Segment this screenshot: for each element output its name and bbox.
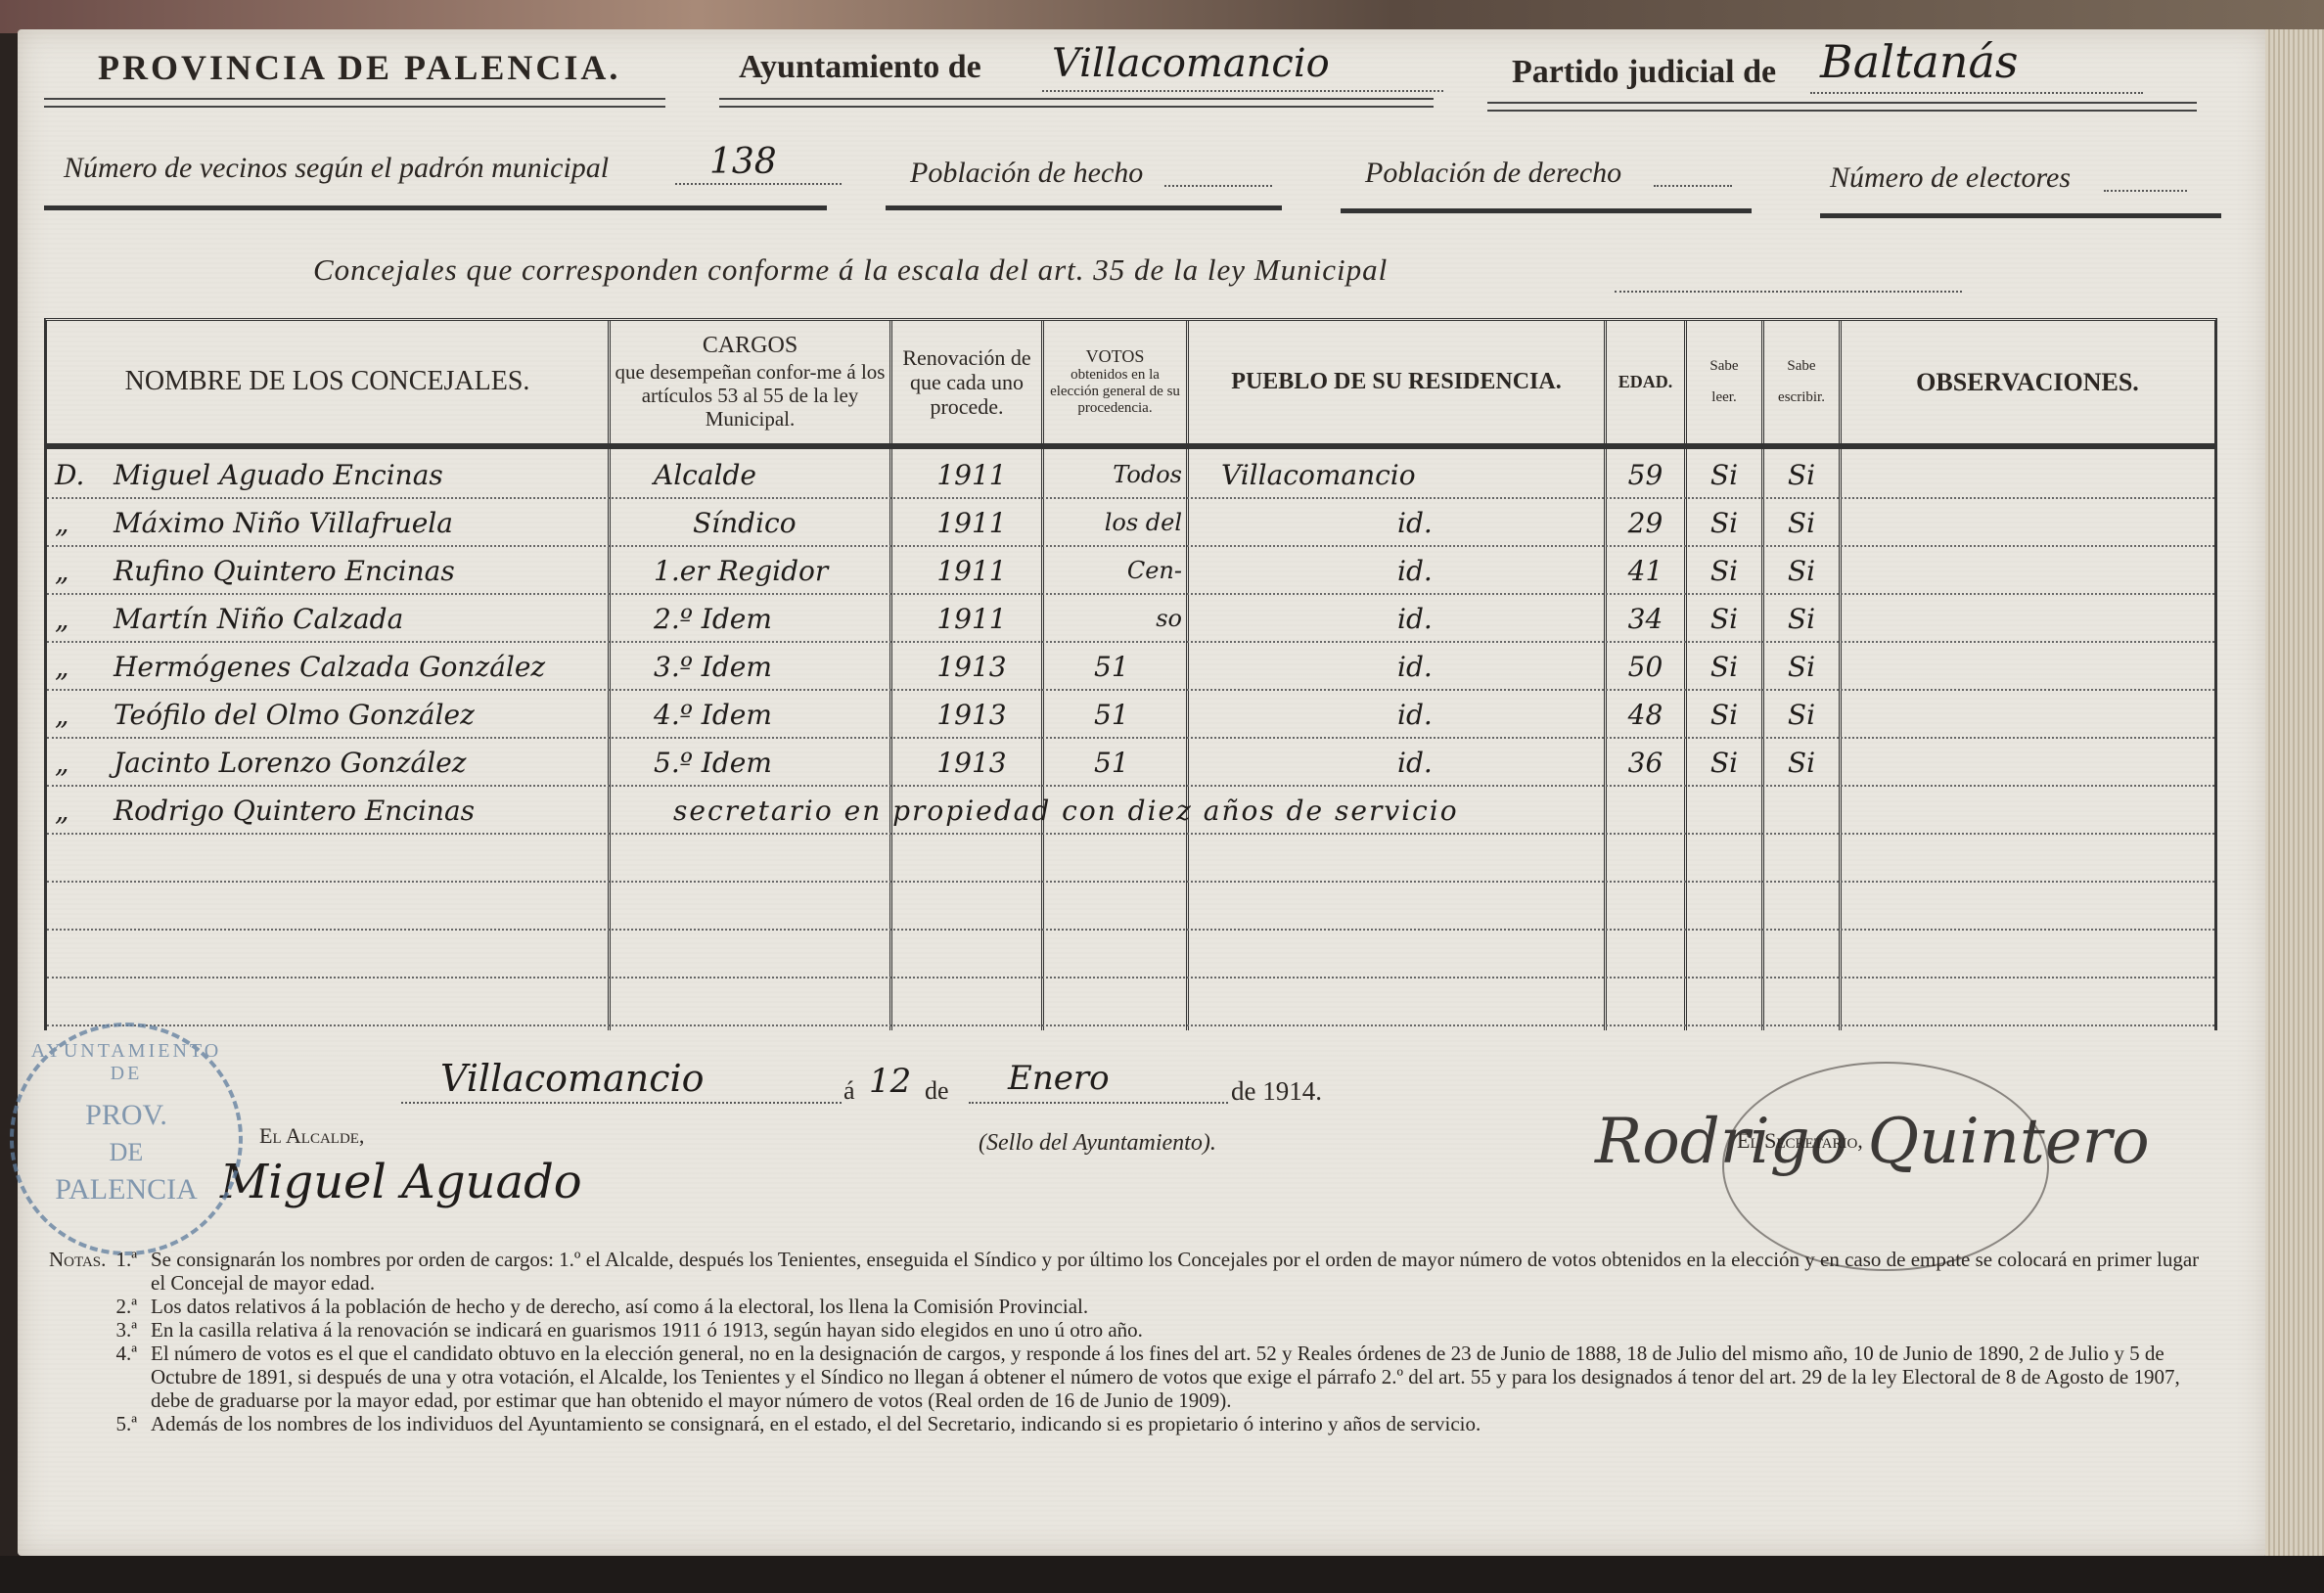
electores-field[interactable]	[2104, 166, 2187, 192]
cell-pueblo[interactable]: id.	[1397, 547, 1593, 594]
month-field[interactable]: Enero	[969, 1059, 1228, 1104]
cell-cargo[interactable]: 5.º Idem	[654, 739, 889, 786]
row-prefix: „	[55, 651, 94, 683]
cell-cargo[interactable]: Alcalde	[654, 451, 889, 498]
cell-leer[interactable]: Si	[1687, 547, 1761, 594]
book-background-top	[0, 0, 2324, 33]
cell-cargo-secretario[interactable]: secretario en propiedad con diez años de…	[673, 787, 1701, 834]
cell-nombre: Miguel Aguado Encinas	[94, 459, 443, 491]
cell-edad[interactable]: 36	[1607, 739, 1684, 786]
divider	[44, 205, 827, 210]
header-pueblo: PUEBLO DE SU RESIDENCIA.	[1189, 321, 1604, 443]
note-item: 5.ªAdemás de los nombres de los individu…	[49, 1412, 2202, 1435]
cell-edad[interactable]: 41	[1607, 547, 1684, 594]
cell-escribir[interactable]: Si	[1764, 451, 1839, 498]
day-field[interactable]: 12	[869, 1062, 911, 1101]
header-divider	[47, 443, 2214, 449]
table-row[interactable]: „ Hermógenes Calzada González	[55, 643, 603, 690]
header-escribir-desc: escribir.	[1778, 389, 1825, 406]
divider	[44, 98, 665, 108]
hecho-label: Población de hecho	[910, 157, 1143, 190]
cell-edad[interactable]: 48	[1607, 691, 1684, 738]
row-prefix: „	[55, 507, 94, 539]
header-votos: VOTOS obtenidos en la elección general d…	[1044, 321, 1186, 443]
vecinos-field[interactable]: 138	[675, 142, 842, 185]
partido-field[interactable]: Baltanás	[1810, 35, 2143, 94]
note-item: 4.ªEl número de votos es el que el candi…	[49, 1342, 2202, 1412]
header-votos-desc: obtenidos en la elección general de su p…	[1048, 367, 1182, 418]
divider	[886, 205, 1282, 210]
row-prefix: „	[55, 699, 94, 731]
row-line	[47, 929, 2214, 931]
table-row[interactable]: D. Miguel Aguado Encinas	[55, 451, 603, 498]
derecho-label: Población de derecho	[1365, 157, 1621, 190]
municipal-seal: AYUNTAMIENTO DE PROV. DE PALENCIA	[10, 1023, 243, 1255]
cell-renovacion[interactable]: 1911	[908, 499, 1035, 546]
divider	[1487, 102, 2197, 112]
row-prefix: „	[55, 747, 94, 779]
ayuntamiento-label: Ayuntamiento de	[739, 49, 981, 86]
hecho-field[interactable]	[1164, 161, 1272, 187]
note-number: 2.ª	[49, 1295, 151, 1318]
cell-pueblo[interactable]: id.	[1397, 595, 1593, 642]
cell-nombre: Martín Niño Calzada	[94, 603, 403, 635]
seal-line3: PALENCIA	[14, 1173, 239, 1206]
header-cargos-title: CARGOS	[703, 333, 797, 360]
header-escribir: Sabe escribir.	[1764, 321, 1839, 443]
alcalde-signature: Miguel Aguado	[220, 1155, 582, 1209]
cell-edad[interactable]: 59	[1607, 451, 1684, 498]
note-number: 5.ª	[49, 1412, 151, 1435]
cell-renovacion[interactable]: 1911	[908, 451, 1035, 498]
header-leer: Sabe leer.	[1687, 321, 1761, 443]
cell-leer[interactable]: Si	[1687, 739, 1761, 786]
cell-nombre: Rufino Quintero Encinas	[94, 555, 455, 587]
cell-votos[interactable]: los del	[1094, 499, 1182, 546]
cell-escribir[interactable]: Si	[1764, 691, 1839, 738]
header-votos-title: VOTOS	[1086, 346, 1145, 367]
cell-votos[interactable]: Todos	[1094, 451, 1182, 498]
header-leer-title: Sabe	[1709, 358, 1738, 375]
cell-edad[interactable]: 29	[1607, 499, 1684, 546]
electores-label: Número de electores	[1830, 161, 2071, 195]
note-text: En la casilla relativa á la renovación s…	[151, 1318, 1143, 1342]
header-leer-desc: leer.	[1711, 389, 1736, 406]
cell-votos[interactable]: 51	[1094, 691, 1182, 738]
concejales-table: NOMBRE DE LOS CONCEJALES. CARGOS que des…	[44, 318, 2217, 1030]
divider	[1820, 213, 2221, 218]
table-row[interactable]: „ Rodrigo Quintero Encinas	[55, 787, 603, 834]
seal-ring-text: AYUNTAMIENTO DE	[14, 1040, 239, 1085]
province-title: PROVINCIA DE PALENCIA.	[98, 47, 620, 88]
header-renovacion: Renovación de que cada uno procede.	[892, 321, 1041, 443]
cell-nombre: Teófilo del Olmo González	[94, 699, 475, 731]
cell-renovacion[interactable]: 1911	[908, 547, 1035, 594]
partido-label: Partido judicial de	[1512, 54, 1776, 91]
table-row[interactable]: „ Martín Niño Calzada	[55, 595, 603, 642]
header-cargos: CARGOS que desempeñan confor-me á los ar…	[611, 321, 889, 443]
cell-leer[interactable]: Si	[1687, 451, 1761, 498]
cell-leer[interactable]: Si	[1687, 691, 1761, 738]
seal-line2: DE	[14, 1138, 239, 1167]
table-row[interactable]: „ Rufino Quintero Encinas	[55, 547, 603, 594]
cell-cargo[interactable]: 1.er Regidor	[654, 547, 889, 594]
note-text: Además de los nombres de los individuos …	[151, 1412, 1481, 1435]
cell-pueblo[interactable]: id.	[1397, 691, 1593, 738]
cell-votos[interactable]: 51	[1094, 643, 1182, 690]
note-number: 4.ª	[49, 1342, 151, 1412]
row-line	[47, 1024, 2214, 1026]
alcalde-label: El Alcalde,	[259, 1123, 364, 1149]
seal-line1: PROV.	[14, 1099, 239, 1132]
note-item: 3.ªEn la casilla relativa á la renovació…	[49, 1318, 2202, 1342]
row-prefix: D.	[55, 459, 94, 491]
derecho-field[interactable]	[1654, 161, 1732, 187]
divider	[719, 98, 1434, 108]
book-background-bottom	[0, 1556, 2324, 1593]
cell-pueblo[interactable]: Villacomancio	[1221, 451, 1593, 498]
cell-nombre: Máximo Niño Villafruela	[94, 507, 453, 539]
note-item: 1.ªSe consignarán los nombres por orden …	[49, 1248, 2202, 1295]
ayuntamiento-field[interactable]: Villacomancio	[1042, 41, 1443, 92]
header-edad: EDAD.	[1607, 321, 1684, 443]
secretario-label: El Secretario,	[1737, 1128, 1863, 1154]
cell-leer[interactable]: Si	[1687, 499, 1761, 546]
row-prefix: „	[55, 555, 94, 587]
cell-escribir[interactable]: Si	[1764, 595, 1839, 642]
cell-renovacion[interactable]: 1911	[908, 595, 1035, 642]
divider	[1341, 208, 1752, 213]
cell-renovacion[interactable]: 1913	[908, 739, 1035, 786]
row-prefix: „	[55, 795, 94, 827]
cell-edad[interactable]: 50	[1607, 643, 1684, 690]
notes-section: Notas. 1.ªSe consignarán los nombres por…	[49, 1248, 2202, 1435]
cell-leer[interactable]: Si	[1687, 643, 1761, 690]
header-cargos-desc: que desempeñan confor-me á los artículos…	[611, 360, 889, 431]
sello-label: (Sello del Ayuntamiento).	[979, 1130, 1216, 1157]
cell-pueblo[interactable]: id.	[1397, 499, 1593, 546]
cell-nombre: Hermógenes Calzada González	[94, 651, 545, 683]
year-label: de 1914.	[1231, 1076, 1322, 1107]
date-a: á	[843, 1076, 855, 1106]
cell-escribir[interactable]: Si	[1764, 739, 1839, 786]
row-prefix: „	[55, 603, 94, 635]
cell-cargo[interactable]: 4.º Idem	[654, 691, 889, 738]
notes-label: Notas.	[49, 1248, 106, 1271]
table-row[interactable]: „ Jacinto Lorenzo González	[55, 739, 603, 786]
header-escribir-title: Sabe	[1787, 358, 1815, 375]
note-item: 2.ªLos datos relativos á la población de…	[49, 1295, 2202, 1318]
cell-pueblo[interactable]: id.	[1397, 643, 1593, 690]
cell-escribir[interactable]: Si	[1764, 499, 1839, 546]
header-observaciones: OBSERVACIONES.	[1842, 321, 2213, 443]
header-nombre: NOMBRE DE LOS CONCEJALES.	[47, 321, 608, 443]
concejales-field[interactable]	[1615, 269, 1962, 293]
cell-votos[interactable]: Cen-	[1094, 547, 1182, 594]
cell-nombre: Jacinto Lorenzo González	[94, 747, 467, 779]
cell-escribir[interactable]: Si	[1764, 547, 1839, 594]
concejales-label: Concejales que corresponden conforme á l…	[313, 252, 1388, 288]
cell-edad[interactable]: 34	[1607, 595, 1684, 642]
date-de: de	[925, 1076, 949, 1106]
cell-cargo[interactable]: 2.º Idem	[654, 595, 889, 642]
cell-cargo[interactable]: 3.º Idem	[654, 643, 889, 690]
book-page-edges	[2265, 29, 2324, 1556]
cell-renovacion[interactable]: 1913	[908, 643, 1035, 690]
cell-leer[interactable]: Si	[1687, 595, 1761, 642]
cell-pueblo[interactable]: id.	[1397, 739, 1593, 786]
cell-votos[interactable]: so	[1094, 595, 1182, 642]
table-row[interactable]: „ Teófilo del Olmo González	[55, 691, 603, 738]
cell-votos[interactable]: 51	[1094, 739, 1182, 786]
row-line	[47, 977, 2214, 979]
note-text: Se consignarán los nombres por orden de …	[151, 1248, 2202, 1295]
cell-nombre: Rodrigo Quintero Encinas	[94, 795, 475, 827]
table-row[interactable]: „ Máximo Niño Villafruela	[55, 499, 603, 546]
place-field[interactable]: Villacomancio	[401, 1057, 842, 1104]
note-text: Los datos relativos á la población de he…	[151, 1295, 1088, 1318]
note-number: 3.ª	[49, 1318, 151, 1342]
cell-escribir[interactable]: Si	[1764, 643, 1839, 690]
signature-flourish	[1722, 1062, 2049, 1271]
cell-renovacion[interactable]: 1913	[908, 691, 1035, 738]
row-line	[47, 881, 2214, 883]
cell-cargo[interactable]: Síndico	[693, 499, 889, 546]
note-text: El número de votos es el que el candidat…	[151, 1342, 2202, 1412]
vecinos-label: Número de vecinos según el padrón munici…	[64, 152, 609, 185]
